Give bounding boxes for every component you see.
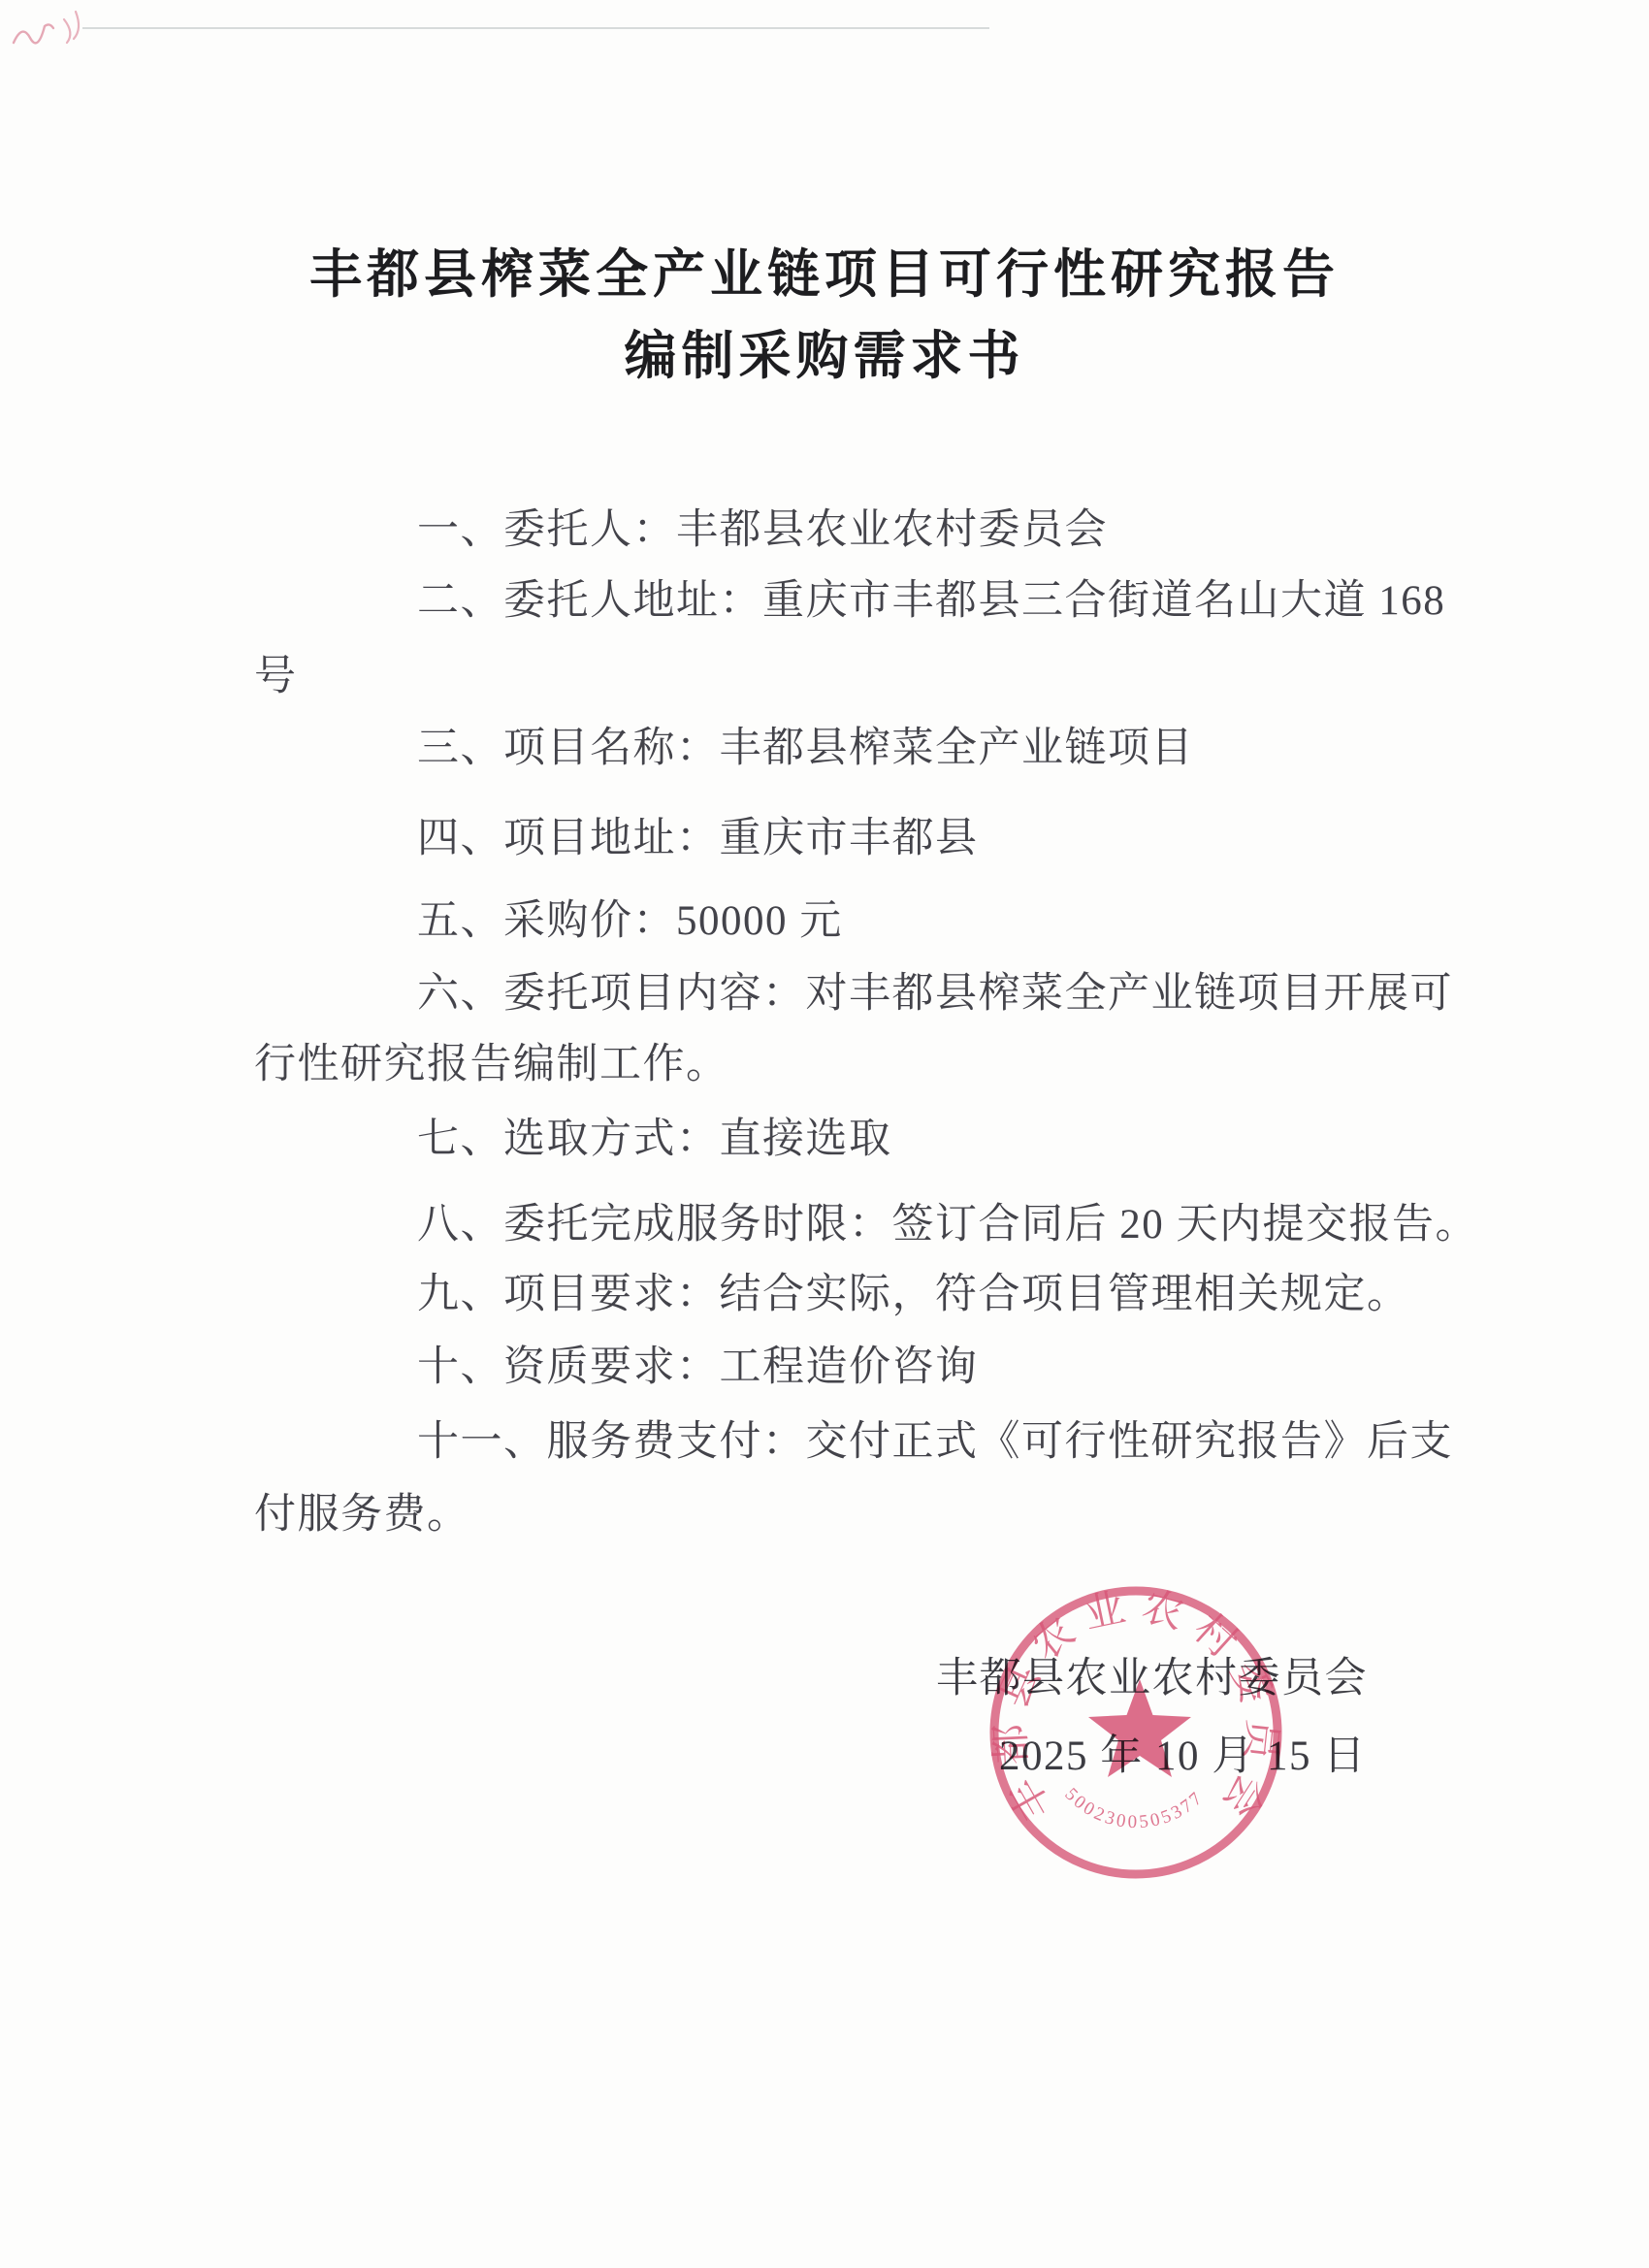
official-red-seal: 丰都县农业农村委员会 5002300505377 [971,1568,1301,1897]
seal-star-icon [1088,1679,1191,1777]
item-7-selection-method: 七、选取方式：直接选取 [417,1106,892,1165]
seal-code: 5002300505377 [1060,1784,1208,1832]
svg-text:5002300505377: 5002300505377 [1060,1784,1208,1832]
item-1-entrusting-party: 一、委托人：丰都县农业农村委员会 [417,497,1108,556]
item-10-qualification: 十、资质要求：工程造价咨询 [417,1334,979,1393]
document-title-line1: 丰都县榨菜全产业链项目可行性研究报告 [0,233,1649,308]
item-11-payment-line2: 付服务费。 [254,1481,470,1540]
document-title-line2: 编制采购需求书 [0,314,1649,389]
item-8-service-deadline: 八、委托完成服务时限：签订合同后 20 天内提交报告。 [417,1191,1478,1250]
item-3-project-name: 三、项目名称：丰都县榨菜全产业链项目 [417,715,1194,774]
item-6-content-line2: 行性研究报告编制工作。 [254,1031,729,1090]
scanned-document-page: 丰都县榨菜全产业链项目可行性研究报告 编制采购需求书 一、委托人：丰都县农业农村… [0,0,1649,2268]
scan-artifact-line [82,27,989,29]
red-pen-scribble-marks [8,4,114,66]
item-2-address-line1: 二、委托人地址：重庆市丰都县三合街道名山大道 168 [417,567,1445,627]
item-11-payment-line1: 十一、服务费支付：交付正式《可行性研究报告》后支 [417,1409,1453,1468]
item-2-address-line2: 号 [254,643,298,702]
item-6-content-line1: 六、委托项目内容：对丰都县榨菜全产业链项目开展可 [417,960,1453,1020]
item-9-project-requirement: 九、项目要求：结合实际，符合项目管理相关规定。 [417,1261,1410,1320]
item-5-procurement-price: 五、采购价：50000 元 [417,888,843,947]
item-4-project-address: 四、项目地址：重庆市丰都县 [417,805,979,864]
